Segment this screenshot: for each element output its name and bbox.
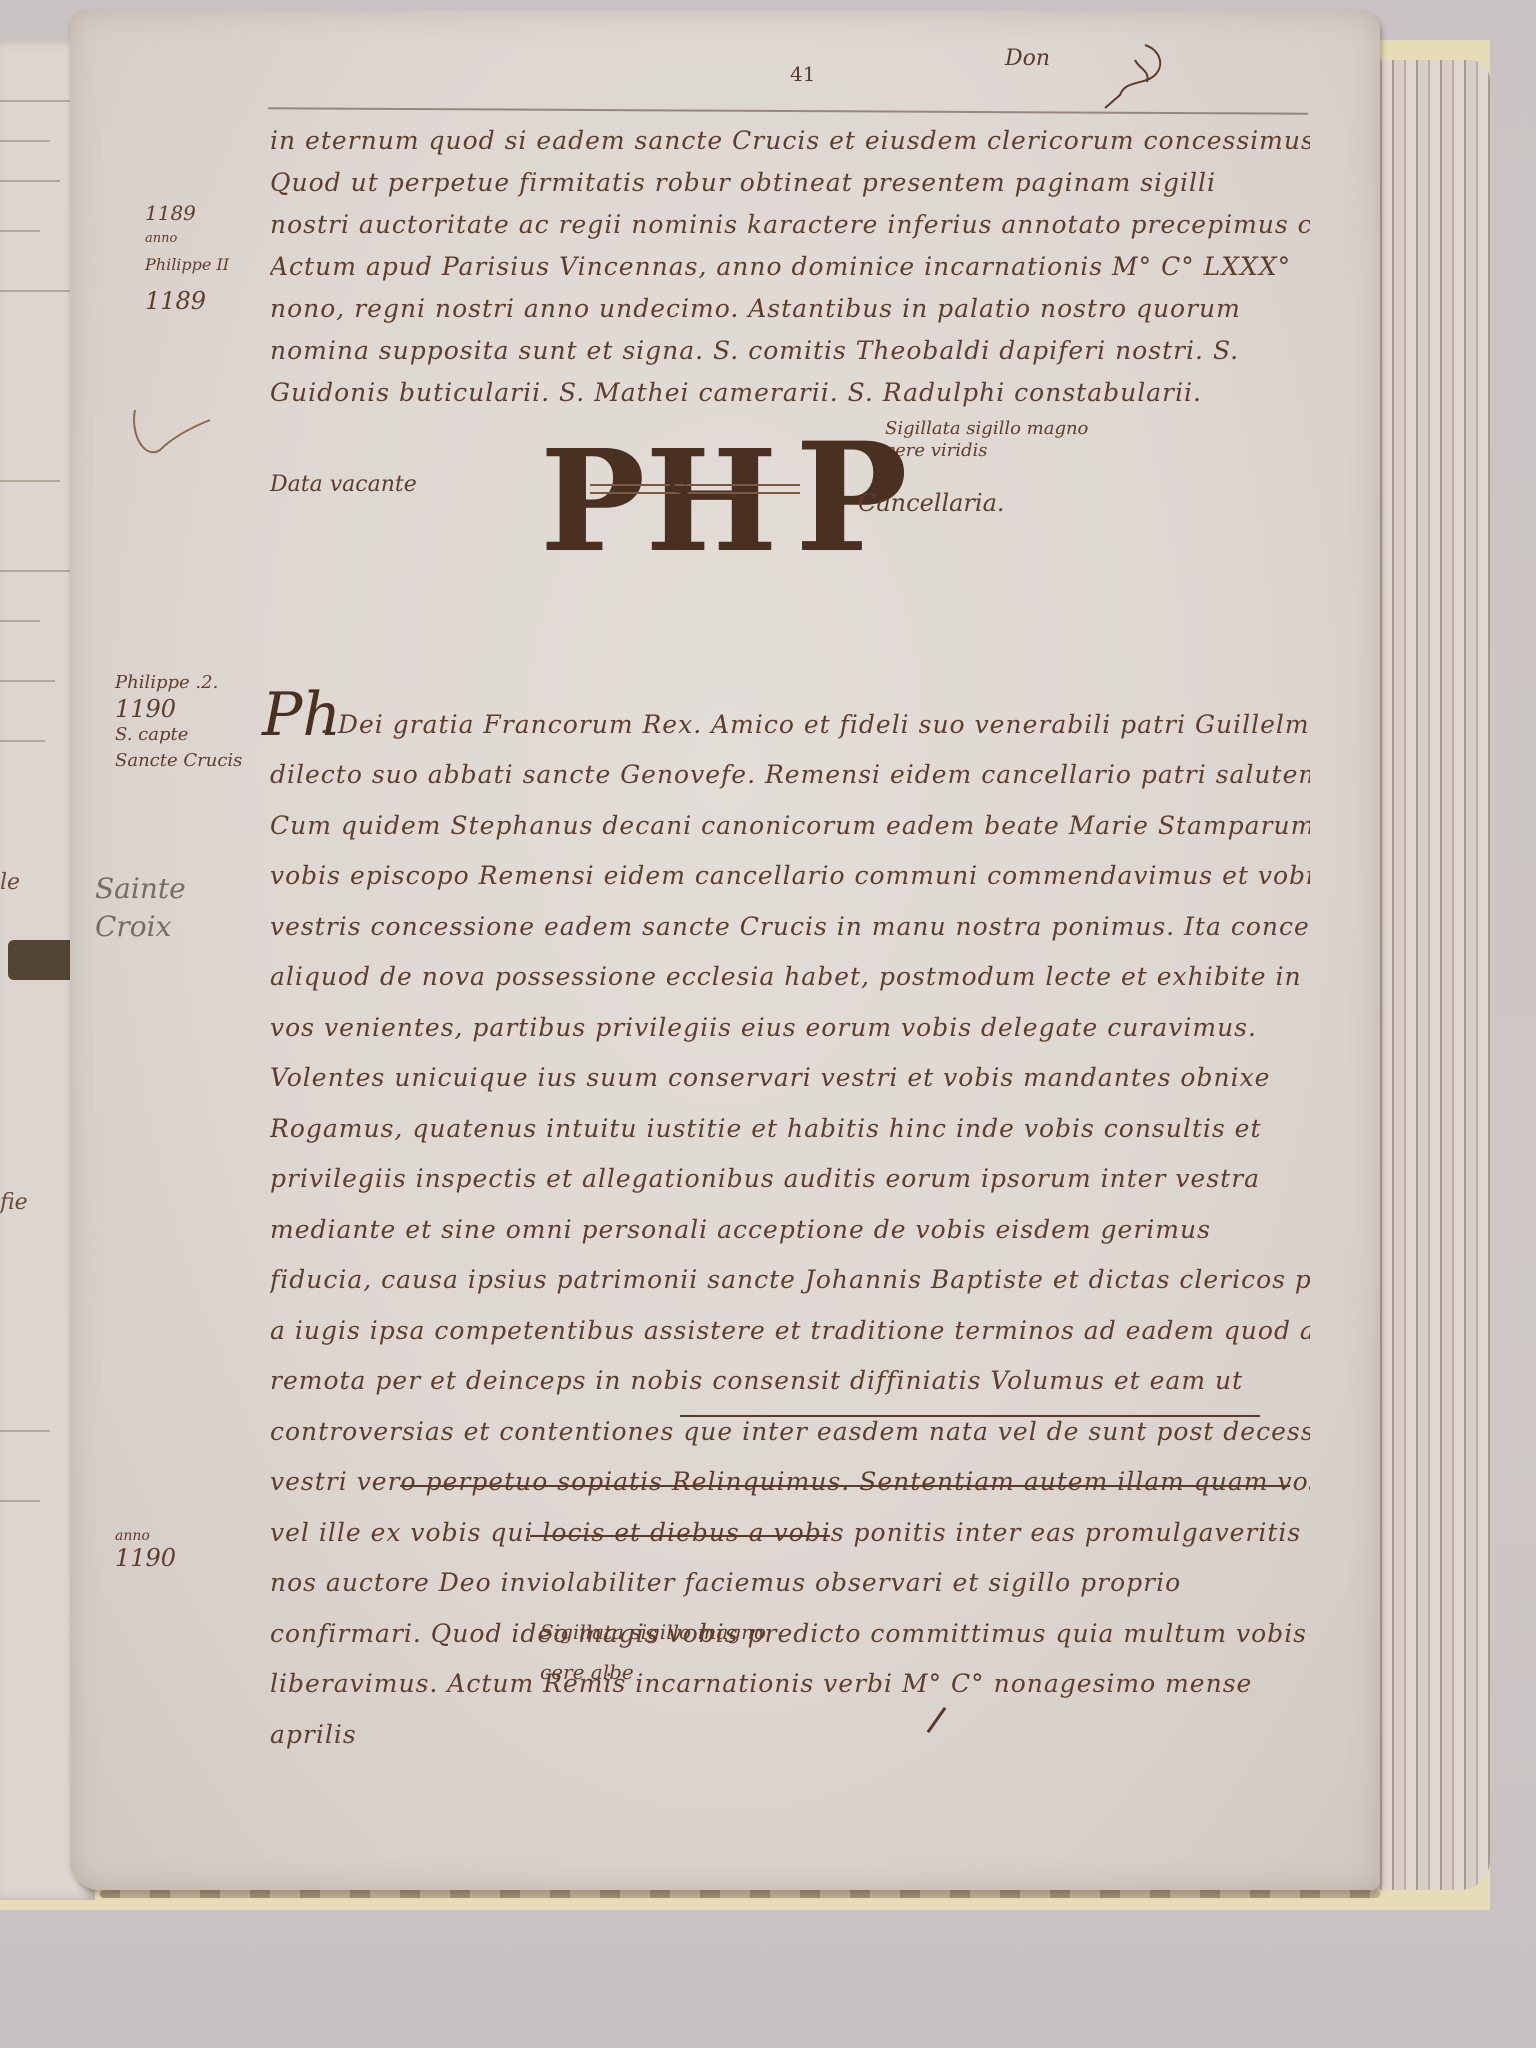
manuscript-line: fiducia, causa ipsius patrimonii sancte … — [270, 1255, 1310, 1306]
manuscript-line: vestri vero perpetuo sopiatis Relinquimu… — [270, 1457, 1310, 1508]
margin-note-line: Sancte Crucis — [115, 748, 242, 774]
pen-sketch-icon — [1085, 40, 1175, 110]
ink-underline — [400, 1485, 1290, 1487]
manuscript-line: vos venientes, partibus privilegiis eius… — [270, 1003, 1310, 1054]
manuscript-line: aliquod de nova possessione ecclesia hab… — [270, 952, 1310, 1003]
manuscript-line: liberavimus. Actum Remis incarnationis v… — [270, 1659, 1310, 1710]
manuscript-line: Quod ut perpetue firmitatis robur obtine… — [270, 162, 1310, 204]
seal-note-line: Sigillata sigillo magno — [885, 418, 1088, 440]
manuscript-line: Guidonis buticularii. S. Mathei camerari… — [270, 372, 1310, 414]
manuscript-line: nostri auctoritate ac regii nominis kara… — [270, 204, 1310, 246]
seal-note-first: Sigillata sigillo magno cere viridis — [885, 418, 1088, 462]
manuscript-line: in eternum quod si eadem sancte Crucis e… — [270, 120, 1310, 162]
margin-year: 1190 — [115, 1547, 176, 1569]
margin-note-second-entry: Philippe .2. 1190 S. capte Sancte Crucis — [115, 670, 242, 774]
manuscript-line: nomina supposita sunt et signa. S. comit… — [270, 330, 1310, 372]
margin-note-later-hand: Sainte Croix — [95, 870, 186, 946]
margin-king: Philippe II — [145, 252, 229, 278]
margin-note-line: S. capte — [115, 722, 242, 748]
worn-page-edge — [100, 1890, 1380, 1898]
manuscript-line: a iugis ipsa competentibus assistere et … — [270, 1306, 1310, 1357]
margin-note-line: Sainte — [95, 870, 186, 908]
manuscript-line: dilecto suo abbati sancte Genovefe. Reme… — [270, 750, 1310, 801]
ink-underline — [530, 1535, 830, 1537]
seal-note-second: Sigillata sigillo magno cere albe — [540, 1612, 766, 1692]
manuscript-line: privilegiis inspectis et allegationibus … — [270, 1154, 1310, 1205]
manuscript-line: confirmari. Quod ideo magis vobis predic… — [270, 1609, 1310, 1660]
margin-note-first-entry: 1189 anno Philippe II 1189 — [145, 200, 229, 314]
manuscript-line: aprilis — [270, 1710, 1310, 1761]
seal-note-line: cere albe — [540, 1652, 766, 1692]
manuscript-line: Rogamus, quatenus intuitu iustitie et ha… — [270, 1104, 1310, 1155]
datum-label: Data vacante — [270, 472, 417, 498]
seal-note-line: cere viridis — [885, 440, 1088, 462]
left-page-fragment: fie — [0, 1190, 28, 1215]
monogram-left: PH — [540, 420, 778, 584]
manuscript-line: nono, regni nostri anno undecimo. Astant… — [270, 288, 1310, 330]
manuscript-line: mediante et sine omni personali acceptio… — [270, 1205, 1310, 1256]
second-charter-text: . Dei gratia Francorum Rex. Amico et fid… — [320, 700, 1310, 751]
manuscript-line: vobis episcopo Remensi eidem cancellario… — [270, 851, 1310, 902]
manuscript-line: . Dei gratia Francorum Rex. Amico et fid… — [320, 700, 1310, 751]
ink-underline — [680, 1415, 1260, 1417]
margin-year: 1190 — [115, 696, 242, 722]
margin-flourish-icon — [130, 405, 220, 465]
margin-note-date: anno 1190 — [115, 1525, 176, 1569]
margin-year: 1189 — [145, 288, 229, 314]
manuscript-line: vel ille ex vobis qui locis et diebus a … — [270, 1508, 1310, 1559]
folio-number: 41 — [790, 62, 815, 86]
second-charter-body: dilecto suo abbati sancte Genovefe. Reme… — [270, 750, 1310, 1760]
manuscript-line: vestris concessione eadem sancte Crucis … — [270, 902, 1310, 953]
manuscript-line: Actum apud Parisius Vincennas, anno domi… — [270, 246, 1310, 288]
page-block-edges — [1370, 60, 1490, 1890]
manuscript-line: remota per et deinceps in nobis consensi… — [270, 1356, 1310, 1407]
margin-anno: anno — [145, 226, 229, 252]
left-page-fragment: le — [0, 870, 20, 895]
manuscript-line: Cum quidem Stephanus decani canonicorum … — [270, 801, 1310, 852]
top-right-note: Don — [1005, 46, 1050, 71]
margin-note-line: Croix — [95, 908, 186, 946]
monogram-bar — [590, 484, 800, 494]
cancellaria-label: Cancellaria. — [858, 490, 1005, 516]
first-charter-text: in eternum quod si eadem sancte Crucis e… — [270, 120, 1310, 414]
margin-king: Philippe .2. — [115, 670, 242, 696]
manuscript-line: Volentes unicuique ius suum conservari v… — [270, 1053, 1310, 1104]
page-damage — [8, 940, 78, 980]
manuscript-line: nos auctore Deo inviolabiliter faciemus … — [270, 1558, 1310, 1609]
seal-note-line: Sigillata sigillo magno — [540, 1612, 766, 1652]
monogram-center: S — [668, 474, 690, 509]
margin-year: 1189 — [145, 200, 229, 226]
